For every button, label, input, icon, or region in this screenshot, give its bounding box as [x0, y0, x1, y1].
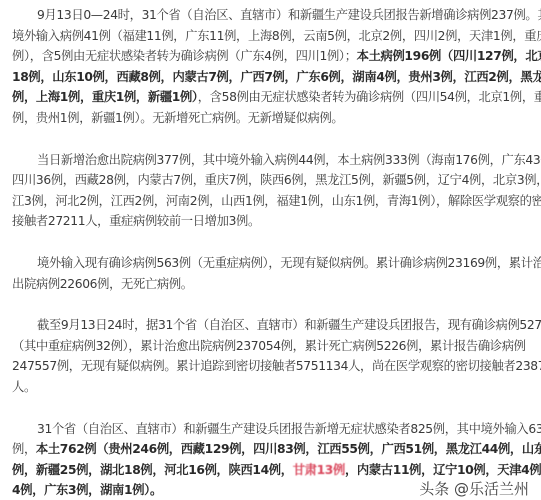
- paragraph-cumulative: 截至9月13日24时，据31个省（自治区、直辖市）和新疆生产建设兵团报告，现有确…: [12, 315, 532, 397]
- text-line: 18例，山东10例，西藏8例，内蒙古7例，广西7例，广东6例，湖南4例，贵州3例…: [12, 67, 532, 88]
- paragraph-imported: 境外输入现有确诊病例563例（无重症病例），无现有疑似病例。累计确诊病例2316…: [12, 253, 532, 294]
- article-body: 9月13日0—24时，31个省（自治区、直辖市）和新疆生产建设兵团报告新增确诊病…: [12, 5, 532, 500]
- text-line: 31个省（自治区、直辖市）和新疆生产建设兵团报告新增无症状感染者825例，其中境…: [12, 419, 532, 440]
- text-line: 人。: [12, 377, 532, 398]
- text-line: （其中重症病例32例），累计治愈出院病例237054例，累计死亡病例5226例，…: [12, 336, 532, 357]
- paragraph-gap: [12, 129, 532, 150]
- bold-segment: 本土病例196例（四川127例，北京: [357, 49, 541, 63]
- paragraph-gap: [12, 398, 532, 419]
- text-line: 例，本土762例（贵州246例，西藏129例，四川83例，江西55例，广西51例…: [12, 439, 532, 460]
- text-segment: 例，新疆25例，湖北18例，河北16例，陕西14例，: [12, 463, 293, 477]
- text-line: 例，上海1例，重庆1例，新疆1例），含58例由无症状感染者转为确诊病例（四川54…: [12, 87, 532, 108]
- source-watermark: 头条 @乐活兰州: [419, 478, 529, 499]
- text-segment: ，内蒙古11例，辽宁10例，天津4例，青海: [345, 463, 541, 477]
- text-line: 境外输入现有确诊病例563例（无重症病例），无现有疑似病例。累计确诊病例2316…: [12, 253, 532, 274]
- text-line: 四川36例，西藏28例，内蒙古7例，重庆7例，陕西6例，黑龙江5例，新疆5例，辽…: [12, 170, 532, 191]
- text-line: 247557例，无现有疑似病例。累计追踪到密切接触者5751134人，尚在医学观…: [12, 356, 532, 377]
- text-line: 出院病例22606例，无死亡病例。: [12, 274, 532, 295]
- paragraph-new-confirmed: 9月13日0—24时，31个省（自治区、直辖市）和新疆生产建设兵团报告新增确诊病…: [12, 5, 532, 129]
- text-segment: ，含58例由无症状感染者转为确诊病例（四川54例，北京1例，重庆1: [198, 90, 541, 104]
- text-line: 例，贵州1例，新疆1例）。无新增死亡病例。无新增疑似病例。: [12, 108, 532, 129]
- paragraph-gap: [12, 232, 532, 253]
- highlighted-segment: 甘肃13例: [293, 463, 345, 477]
- text-line: 江3例，河北2例，江西2例，河南2例，山西1例，福建1例，山东1例，青海1例），…: [12, 191, 532, 212]
- text-line: 截至9月13日24时，据31个省（自治区、直辖市）和新疆生产建设兵团报告，现有确…: [12, 315, 532, 336]
- text-line: 接触者27211人，重症病例较前一日增加3例。: [12, 211, 532, 232]
- text-line: 9月13日0—24时，31个省（自治区、直辖市）和新疆生产建设兵团报告新增确诊病…: [12, 5, 532, 26]
- text-line: 境外输入病例41例（福建11例，广东11例，上海8例，云南5例，北京2例，四川2…: [12, 26, 532, 47]
- paragraph-gap: [12, 294, 532, 315]
- bold-segment: 例，上海1例，重庆1例，新疆1例）: [12, 90, 198, 104]
- text-segment: 例，: [12, 442, 36, 456]
- text-line: 当日新增治愈出院病例377例，其中境外输入病例44例，本土病例333例（海南17…: [12, 150, 532, 171]
- bold-segment: 本土762例（贵州246例，西藏129例，四川83例，江西55例，广西51例，黑…: [36, 442, 541, 456]
- text-line: 例），含5例由无症状感染者转为确诊病例（广东4例，四川1例）；本土病例196例（…: [12, 46, 532, 67]
- text-segment: 例），含5例由无症状感染者转为确诊病例（广东4例，四川1例）；: [12, 49, 357, 63]
- paragraph-recovered: 当日新增治愈出院病例377例，其中境外输入病例44例，本土病例333例（海南17…: [12, 150, 532, 232]
